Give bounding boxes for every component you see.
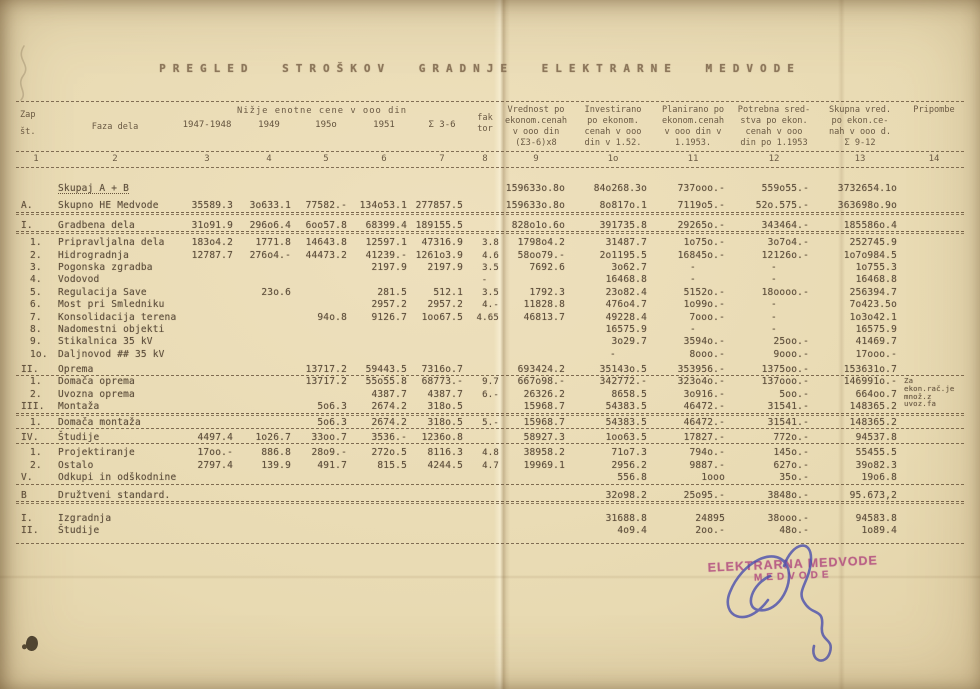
- table-cell-c7: [414, 324, 470, 336]
- table-cell-c4: [240, 349, 298, 361]
- table-cell-c5: 5o6.3: [298, 401, 354, 413]
- table-cell-c4: [240, 513, 298, 525]
- table-cell-c10: 54383.5: [572, 401, 654, 413]
- table-cell-c14: [904, 220, 964, 232]
- table-cell-c13: 252745.9: [816, 237, 904, 249]
- table-bottom-rule: [16, 543, 964, 544]
- table-cell-label: Oprema: [56, 364, 174, 376]
- table-cell-c7: 2197.9: [414, 262, 470, 274]
- table-cell-c11: 2oo.-: [654, 525, 732, 537]
- table-cell-c6: 59443.5: [354, 364, 414, 376]
- table-cell-c7: 7316o.7: [414, 364, 470, 376]
- table-cell-c11: 16845o.-: [654, 250, 732, 262]
- table-cell-c6: 281.5: [354, 287, 414, 299]
- table-cell-c7: 2957.2: [414, 299, 470, 311]
- table-cell-c14: [904, 490, 964, 502]
- table-cell-c14: [904, 287, 964, 299]
- table-cell-c8: [470, 200, 500, 212]
- table-cell-c10: 2956.2: [572, 460, 654, 472]
- table-cell-c5: [298, 299, 354, 311]
- header-vrednost: Vrednost po ekonom.cenah v ooo din (Σ3-6…: [500, 105, 572, 149]
- table-cell-c12: -: [732, 312, 816, 324]
- table-cell-c5: 13717.2: [298, 364, 354, 376]
- table-cell-c9: 58927.3: [500, 432, 572, 444]
- table-cell-c6: [354, 183, 414, 195]
- table-cell-c10: 8658.5: [572, 389, 654, 401]
- table-cell-c8: 4.65: [470, 312, 500, 324]
- table-cell-c11: 1ooo: [654, 472, 732, 484]
- table-row: BDružtveni standard.32o98.225o95.-3848o.…: [16, 490, 964, 502]
- table-cell-no: II.: [16, 364, 56, 376]
- table-cell-c9: 7692.6: [500, 262, 572, 274]
- table-cell-label: Pogonska zgradba: [56, 262, 174, 274]
- table-cell-c5: [298, 336, 354, 348]
- table-cell-c12: 772o.-: [732, 432, 816, 444]
- table-cell-c8: 3.8: [470, 237, 500, 249]
- table-cell-c7: [414, 274, 470, 286]
- header-group-title: Nižje enotne cene v ooo din: [174, 105, 470, 118]
- table-cell-c12: 9ooo.-: [732, 349, 816, 361]
- table-cell-c7: 1261o3.9: [414, 250, 470, 262]
- table-cell-c5: 33oo.7: [298, 432, 354, 444]
- table-cell-c11: 29265o.-: [654, 220, 732, 232]
- scanned-document: PREGLED STROŠKOV GRADNJE ELEKTRARNE MEDV…: [0, 0, 980, 689]
- table-cell-no: 8.: [16, 324, 56, 336]
- table-cell-c10: 4o9.4: [572, 525, 654, 537]
- table-cell-c11: 3o916.-: [654, 389, 732, 401]
- table-cell-c13: 1o7o984.5: [816, 250, 904, 262]
- column-number: 4: [240, 152, 298, 167]
- stamp-line-1: ELEKTRARNA MEDVODE: [693, 553, 893, 576]
- table-cell-c11: 8ooo.-: [654, 349, 732, 361]
- table-cell-c3: 17oo.-: [174, 447, 240, 459]
- table-cell-c6: 2957.2: [354, 299, 414, 311]
- table-cell-c14: [904, 262, 964, 274]
- table-cell-label: Most pri Smledniku: [56, 299, 174, 311]
- table-cell-c9: [500, 490, 572, 502]
- table-cell-c7: [414, 490, 470, 502]
- table-cell-c14: [904, 200, 964, 212]
- table-row: 9.Stikalnica 35 kV3o29.73594o.-25oo.-414…: [16, 336, 964, 348]
- table-cell-label: Regulacija Save: [56, 287, 174, 299]
- table-cell-c7: [414, 349, 470, 361]
- table-cell-c11: 46472.-: [654, 401, 732, 413]
- table-cell-c14: [904, 447, 964, 459]
- table-cell-c9: 828o1o.6o: [500, 220, 572, 232]
- table-cell-c4: 1771.8: [240, 237, 298, 249]
- table-cell-c3: [174, 525, 240, 537]
- table-cell-c12: 31541.-: [732, 417, 816, 429]
- table-cell-c9: [500, 274, 572, 286]
- header-group-cene: Nižje enotne cene v ooo din 1947-1948 19…: [174, 105, 470, 149]
- table-cell-label: Študije: [56, 525, 174, 537]
- table-cell-c3: 35589.3: [174, 200, 240, 212]
- table-cell-no: I.: [16, 513, 56, 525]
- table-cell-no: 3.: [16, 262, 56, 274]
- table-cell-c4: [240, 417, 298, 429]
- table-cell-c8: [470, 513, 500, 525]
- table-cell-c14: [904, 389, 964, 401]
- table-cell-c3: 183o4.2: [174, 237, 240, 249]
- table-row: II.Oprema13717.259443.57316o.7693424.235…: [16, 364, 964, 376]
- table-cell-c14: [904, 336, 964, 348]
- table-cell-no: II.: [16, 525, 56, 537]
- table-cell-c8: 3.5: [470, 262, 500, 274]
- table-cell-c11: 737ooo.-: [654, 183, 732, 195]
- column-number: 7: [414, 152, 470, 167]
- table-cell-c13: 256394.7: [816, 287, 904, 299]
- table-cell-c7: 4244.5: [414, 460, 470, 472]
- table-cell-c5: 491.7: [298, 460, 354, 472]
- table-cell-c10: 71o7.3: [572, 447, 654, 459]
- table-cell-c14: [904, 432, 964, 444]
- table-cell-c11: -: [654, 324, 732, 336]
- table-cell-c4: [240, 401, 298, 413]
- table-cell-c8: 4.-: [470, 299, 500, 311]
- table-cell-c7: [414, 525, 470, 537]
- table-cell-no: 6.: [16, 299, 56, 311]
- table-cell-label: Študije: [56, 432, 174, 444]
- table-cell-c6: 9126.7: [354, 312, 414, 324]
- table-cell-no: 5.: [16, 287, 56, 299]
- table-cell-c12: -: [732, 299, 816, 311]
- column-number: 14: [904, 152, 964, 167]
- column-number: 8: [470, 152, 500, 167]
- table-cell-c12: -: [732, 324, 816, 336]
- table-cell-c8: [470, 364, 500, 376]
- table-cell-c12: 52o.575.-: [732, 200, 816, 212]
- table-cell-c14: [904, 274, 964, 286]
- table-cell-no: A.: [16, 200, 56, 212]
- table-cell-c11: 3594o.-: [654, 336, 732, 348]
- header-zap-st: Zap št.: [16, 105, 56, 149]
- table-row: II.Študije4o9.42oo.-48o.-1o89.4: [16, 525, 964, 537]
- table-cell-c14: [904, 312, 964, 324]
- table-cell-c8: [470, 324, 500, 336]
- company-stamp: ELEKTRARNA MEDVODE MEDVODE: [693, 553, 894, 587]
- table-cell-no: B: [16, 490, 56, 502]
- table-cell-no: 1o.: [16, 349, 56, 361]
- table-cell-c4: 3o633.1: [240, 200, 298, 212]
- table-cell-c10: 23o82.4: [572, 287, 654, 299]
- table-cell-c7: 1oo67.5: [414, 312, 470, 324]
- table-row: 8.Nadomestni objekti16575.9--16575.9: [16, 324, 964, 336]
- table-cell-c6: 12597.1: [354, 237, 414, 249]
- table-cell-c5: [298, 324, 354, 336]
- table-cell-no: [16, 183, 56, 195]
- table-cell-c5: [298, 525, 354, 537]
- table-cell-c7: 47316.9: [414, 237, 470, 249]
- table-cell-c10: 35143o.5: [572, 364, 654, 376]
- table-cell-c12: 3o7o4.-: [732, 237, 816, 249]
- table-cell-c9: 159633o.8o: [500, 183, 572, 195]
- table-cell-label: Odkupi in odškodnine: [56, 472, 174, 484]
- table-cell-c9: [500, 525, 572, 537]
- table-cell-c12: 343464.-: [732, 220, 816, 232]
- table-cell-c9: [500, 324, 572, 336]
- table-cell-c8: [470, 432, 500, 444]
- table-cell-c3: [174, 401, 240, 413]
- table-cell-c3: [174, 183, 240, 195]
- table-cell-c5: 5o6.3: [298, 417, 354, 429]
- table-cell-c11: 17827.-: [654, 432, 732, 444]
- table-cell-c13: 19o6.8: [816, 472, 904, 484]
- table-cell-c6: 2197.9: [354, 262, 414, 274]
- table-cell-c4: [240, 525, 298, 537]
- table-cell-c14: [904, 525, 964, 537]
- ink-blot: [24, 635, 39, 652]
- table-cell-no: 4.: [16, 274, 56, 286]
- table-cell-c5: 94o.8: [298, 312, 354, 324]
- table-cell-c3: [174, 417, 240, 429]
- table-cell-c7: 189155.5: [414, 220, 470, 232]
- table-cell-c10: 31487.7: [572, 237, 654, 249]
- table-cell-label: Skupno HE Medvode: [56, 200, 174, 212]
- table-cell-c6: [354, 490, 414, 502]
- table-row: 1.Pripravljalna dela183o4.21771.814643.8…: [16, 237, 964, 249]
- table-cell-label: Skupaj A + B: [56, 183, 174, 195]
- table-cell-c11: 353956.-: [654, 364, 732, 376]
- table-cell-c3: [174, 490, 240, 502]
- table-cell-c13: 1o755.3: [816, 262, 904, 274]
- table-cell-c6: 272o.5: [354, 447, 414, 459]
- table-cell-c10: -: [572, 349, 654, 361]
- table-cell-c11: 7119o5.-: [654, 200, 732, 212]
- table-cell-no: 2.: [16, 250, 56, 262]
- column-number: 1o: [572, 152, 654, 167]
- column-number: 12: [732, 152, 816, 167]
- header-planirano: Planirano po ekonom.cenah v ooo din v 1.…: [654, 105, 732, 149]
- table-row: I.Izgradnja31688.82489538ooo.-94583.8: [16, 513, 964, 525]
- table-cell-c4: 1o26.7: [240, 432, 298, 444]
- table-cell-c3: [174, 364, 240, 376]
- table-cell-no: 2.: [16, 389, 56, 401]
- table-cell-c5: 14643.8: [298, 237, 354, 249]
- table-cell-c12: 25oo.-: [732, 336, 816, 348]
- table-cell-c14: [904, 417, 964, 429]
- table-cell-c12: -: [732, 274, 816, 286]
- table-cell-c9: 15968.7: [500, 417, 572, 429]
- table-cell-c7: 318o.5: [414, 401, 470, 413]
- table-row: 1.Projektiranje17oo.-886.828o9.-272o.581…: [16, 447, 964, 459]
- table-cell-c11: 794o.-: [654, 447, 732, 459]
- table-cell-c4: [240, 490, 298, 502]
- table-cell-c8: [470, 525, 500, 537]
- table-cell-c9: 693424.2: [500, 364, 572, 376]
- table-cell-label: Daljnovod ## 35 kV: [56, 349, 174, 361]
- table-cell-c10: 32o98.2: [572, 490, 654, 502]
- table-cell-c8: 4.7: [470, 460, 500, 472]
- table-cell-c7: [414, 183, 470, 195]
- table-cell-c14: [904, 460, 964, 472]
- table-cell-label: Gradbena dela: [56, 220, 174, 232]
- table-cell-c8: 6.-: [470, 389, 500, 401]
- table-cell-c11: 24895: [654, 513, 732, 525]
- table-cell-c13: 39o82.3: [816, 460, 904, 472]
- table-cell-c12: 31541.-: [732, 401, 816, 413]
- table-header: Zap št. Faza dela Nižje enotne cene v oo…: [16, 101, 964, 152]
- table-cell-c9: 19969.1: [500, 460, 572, 472]
- table-cell-c14: [904, 401, 964, 413]
- header-skupna: Skupna vred. po ekon.ce- nah v ooo d. Σ …: [816, 105, 904, 149]
- table-cell-c12: 38ooo.-: [732, 513, 816, 525]
- table-cell-c8: [470, 490, 500, 502]
- header-years-row: 1947-1948 1949 195o 1951 Σ 3-6: [174, 118, 470, 133]
- table-cell-c8: [470, 401, 500, 413]
- table-row: III.Montaža5o6.32674.2318o.515968.754383…: [16, 401, 964, 413]
- table-cell-c6: 3536.-: [354, 432, 414, 444]
- table-cell-c13: 153631o.7: [816, 364, 904, 376]
- table-cell-c14: [904, 364, 964, 376]
- table-cell-c13: 55455.5: [816, 447, 904, 459]
- table-cell-c4: 23o.6: [240, 287, 298, 299]
- table-cell-c5: 44473.2: [298, 250, 354, 262]
- table-cell-label: Pripravljalna dela: [56, 237, 174, 249]
- table-cell-label: Konsolidacija terena: [56, 312, 174, 324]
- table-cell-c10: 556.8: [572, 472, 654, 484]
- document-title: PREGLED STROŠKOV GRADNJE ELEKTRARNE MEDV…: [150, 62, 810, 75]
- table-row: Skupaj A + B159633o.8o84o268.3o737ooo.-5…: [16, 183, 964, 195]
- table-row: I.Gradbena dela31o91.9296o6.46oo57.86839…: [16, 220, 964, 232]
- table-cell-label: Montaža: [56, 401, 174, 413]
- table-cell-c8: 4.6: [470, 250, 500, 262]
- table-cell-c4: [240, 324, 298, 336]
- table-row: 3.Pogonska zgradba2197.92197.93.57692.63…: [16, 262, 964, 274]
- table-cell-no: 1.: [16, 237, 56, 249]
- table-cell-c8: [470, 183, 500, 195]
- table-cell-c3: [174, 312, 240, 324]
- table-cell-c3: [174, 262, 240, 274]
- table-cell-c12: 12126o.-: [732, 250, 816, 262]
- table-cell-label: Hidrogradnja: [56, 250, 174, 262]
- header-year-1947-1948: 1947-1948: [174, 118, 240, 133]
- table-cell-c3: [174, 287, 240, 299]
- table-cell-c3: [174, 472, 240, 484]
- table-cell-c4: 276o4.-: [240, 250, 298, 262]
- table-cell-c5: [298, 472, 354, 484]
- table-cell-c6: [354, 349, 414, 361]
- table-cell-c6: 2674.2: [354, 417, 414, 429]
- table-cell-c13: 363698o.9o: [816, 200, 904, 212]
- table-cell-c8: 5.-: [470, 417, 500, 429]
- table-cell-c11: -: [654, 274, 732, 286]
- table-body: Skupaj A + B159633o.8o84o268.3o737ooo.-5…: [16, 168, 964, 538]
- table-cell-no: IV.: [16, 432, 56, 444]
- table-cell-c5: 6oo57.8: [298, 220, 354, 232]
- table-cell-c9: [500, 336, 572, 348]
- table-cell-c9: 1792.3: [500, 287, 572, 299]
- table-cell-c14: [904, 250, 964, 262]
- table-row: 6.Most pri Smledniku2957.22957.24.-11828…: [16, 299, 964, 311]
- table-row: 1.Domača oprema13717.255o55.868773.-9.76…: [16, 376, 964, 388]
- table-cell-c7: 277857.5: [414, 200, 470, 212]
- table-cell-c12: 18oooo.-: [732, 287, 816, 299]
- table-cell-c4: 296o6.4: [240, 220, 298, 232]
- header-year-1951: 1951: [354, 118, 414, 133]
- table-cell-label: Ostalo: [56, 460, 174, 472]
- table-cell-c6: [354, 324, 414, 336]
- column-number: 11: [654, 152, 732, 167]
- table-cell-c4: [240, 364, 298, 376]
- table-row: 1.Domača montaža5o6.32674.2318o.55.-1596…: [16, 417, 964, 429]
- table-cell-c5: [298, 513, 354, 525]
- table-cell-label: Nadomestni objekti: [56, 324, 174, 336]
- table-cell-c8: [470, 349, 500, 361]
- table-cell-no: 1.: [16, 417, 56, 429]
- table-cell-c10: 391735.8: [572, 220, 654, 232]
- table-cell-c14: [904, 299, 964, 311]
- table-cell-c5: [298, 287, 354, 299]
- table-cell-c11: 1o99o.-: [654, 299, 732, 311]
- header-faza-dela: Faza dela: [56, 105, 174, 149]
- column-number: 1: [16, 152, 56, 167]
- table-cell-c6: [354, 525, 414, 537]
- table-cell-label: Domača montaža: [56, 417, 174, 429]
- table-cell-c5: [298, 183, 354, 195]
- table-cell-c11: 9887.-: [654, 460, 732, 472]
- stamp-line-2: MEDVODE: [693, 567, 893, 587]
- table-cell-c6: [354, 513, 414, 525]
- column-number: 13: [816, 152, 904, 167]
- table-cell-c6: [354, 336, 414, 348]
- table-cell-c13: 1o89.4: [816, 525, 904, 537]
- column-number: 2: [56, 152, 174, 167]
- table-cell-c8: [470, 472, 500, 484]
- table-cell-c13: 7o423.5o: [816, 299, 904, 311]
- table-cell-c11: 7ooo.-: [654, 312, 732, 324]
- table-cell-c13: 1o3o42.1: [816, 312, 904, 324]
- table-cell-c9: 11828.8: [500, 299, 572, 311]
- table-cell-c4: [240, 299, 298, 311]
- table-cell-c7: [414, 513, 470, 525]
- table-cell-c10: 8o817o.1: [572, 200, 654, 212]
- table-cell-no: III.: [16, 401, 56, 413]
- table-cell-c9: [500, 472, 572, 484]
- header-pripombe: Pripombe: [904, 105, 964, 149]
- table-row: 7.Konsolidacija terena94o.89126.71oo67.5…: [16, 312, 964, 324]
- table-cell-c4: [240, 274, 298, 286]
- table-cell-c10: 84o268.3o: [572, 183, 654, 195]
- table-cell-c3: 12787.7: [174, 250, 240, 262]
- table-cell-c13: 148365.2: [816, 417, 904, 429]
- table-row: 4.Vodovod-16468.8--16468.8: [16, 274, 964, 286]
- table-cell-c9: 15968.7: [500, 401, 572, 413]
- table-cell-c3: [174, 513, 240, 525]
- table-cell-c5: 77582.-: [298, 200, 354, 212]
- table-cell-c12: 145o.-: [732, 447, 816, 459]
- table-cell-c8: 4.8: [470, 447, 500, 459]
- table-cell-no: V.: [16, 472, 56, 484]
- column-number: 9: [500, 152, 572, 167]
- table-row: 2.Uvozna oprema4387.74387.76.-26326.2865…: [16, 389, 964, 401]
- table-cell-c14: [904, 472, 964, 484]
- column-numbers: 1234567891o11121314: [16, 152, 964, 168]
- column-number: 5: [298, 152, 354, 167]
- table-cell-c13: 94583.8: [816, 513, 904, 525]
- table-cell-c6: 134o53.1: [354, 200, 414, 212]
- table-row: 2.Ostalo2797.4139.9491.7815.54244.54.719…: [16, 460, 964, 472]
- table-row: IV.Študije4497.41o26.733oo.73536.-1236o.…: [16, 432, 964, 444]
- table-cell-c9: [500, 349, 572, 361]
- table-row: 2.Hidrogradnja12787.7276o4.-44473.241239…: [16, 250, 964, 262]
- table-cell-c7: [414, 472, 470, 484]
- table-cell-c5: [298, 262, 354, 274]
- table-cell-label: Družtveni standard.: [56, 490, 174, 502]
- handwritten-mark: [10, 42, 44, 106]
- table-cell-c9: 159633o.8o: [500, 200, 572, 212]
- table-cell-c9: 46813.7: [500, 312, 572, 324]
- table-cell-c3: 4497.4: [174, 432, 240, 444]
